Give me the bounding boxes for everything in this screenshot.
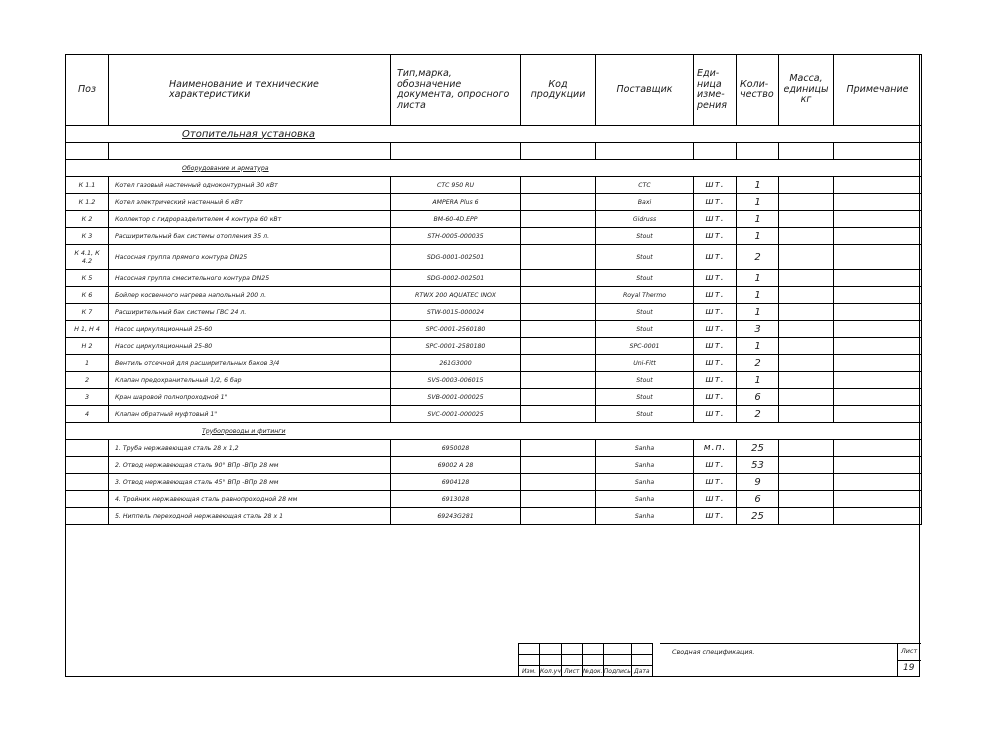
name-cell: Коллектор с гидроразделителем 4 контура … <box>109 211 391 228</box>
name-cell: Клапан обратный муфтовый 1" <box>109 406 391 423</box>
sheet-number-cell: Лист 19 <box>897 643 921 677</box>
supplier-cell: Sanha <box>596 491 694 508</box>
supplier-cell: Stout <box>596 372 694 389</box>
qty-cell: 2 <box>737 355 779 372</box>
name-cell: Насосная группа прямого контура DN25 <box>109 245 391 270</box>
type-cell: 261G3000 <box>391 355 521 372</box>
header-pos: Поз <box>66 55 109 126</box>
type-cell: STH-0005-000035 <box>391 228 521 245</box>
note-cell <box>834 177 922 194</box>
mass-cell <box>779 194 834 211</box>
mass-cell <box>779 338 834 355</box>
note-cell <box>834 321 922 338</box>
supplier-cell: SPC-0001 <box>596 338 694 355</box>
type-cell: 6904128 <box>391 474 521 491</box>
pos-cell <box>66 491 109 508</box>
supplier-cell: Baxi <box>596 194 694 211</box>
type-cell: SVS-0003-006015 <box>391 372 521 389</box>
code-cell <box>521 228 596 245</box>
code-cell <box>521 287 596 304</box>
type-cell: 6913028 <box>391 491 521 508</box>
qty-cell: 1 <box>737 304 779 321</box>
qty-cell: 1 <box>737 372 779 389</box>
header-row: Поз Наименование и технические характери… <box>66 55 922 126</box>
pos-cell: К 5 <box>66 270 109 287</box>
name-cell: Бойлер косвенного нагрева напольный 200 … <box>109 287 391 304</box>
note-cell <box>834 245 922 270</box>
unit-cell: шт. <box>694 321 737 338</box>
table-row: 2. Отвод нержавеющая сталь 90° ВПр -ВПр … <box>66 457 922 474</box>
table-row: Н 1, Н 4Насос циркуляционный 25-60SPC-00… <box>66 321 922 338</box>
mass-cell <box>779 457 834 474</box>
name-cell: Вентиль отсечной для расширительных бако… <box>109 355 391 372</box>
unit-cell: шт. <box>694 338 737 355</box>
section-title: Отопительная установка <box>182 129 315 140</box>
group-equipment-heading: Оборудование и арматура <box>66 160 922 177</box>
header-type: Тип,марка, обозначение документа, опросн… <box>391 55 521 126</box>
unit-cell: шт. <box>694 457 737 474</box>
supplier-cell: Stout <box>596 228 694 245</box>
title-block-description: Сводная спецификация. <box>660 643 897 677</box>
type-cell: BM-60-4D.EPP <box>391 211 521 228</box>
mass-cell <box>779 474 834 491</box>
qty-cell: 2 <box>737 245 779 270</box>
note-cell <box>834 372 922 389</box>
table-row: 1Вентиль отсечной для расширительных бак… <box>66 355 922 372</box>
name-cell: 2. Отвод нержавеющая сталь 90° ВПр -ВПр … <box>109 457 391 474</box>
supplier-cell: Stout <box>596 270 694 287</box>
unit-cell: шт. <box>694 270 737 287</box>
note-cell <box>834 491 922 508</box>
code-cell <box>521 406 596 423</box>
name-cell: 1. Труба нержавеющая сталь 28 x 1,2 <box>109 440 391 457</box>
mass-cell <box>779 304 834 321</box>
qty-cell: 1 <box>737 338 779 355</box>
code-cell <box>521 270 596 287</box>
pos-cell: К 7 <box>66 304 109 321</box>
supplier-cell: Uni-Fitt <box>596 355 694 372</box>
pos-cell: К 2 <box>66 211 109 228</box>
code-cell <box>521 338 596 355</box>
code-cell <box>521 177 596 194</box>
code-cell <box>521 194 596 211</box>
pos-cell: 2 <box>66 372 109 389</box>
title-block-grid: Изм.Кол.учЛист№док.ПодписьДата <box>518 643 653 677</box>
table-row: К 6Бойлер косвенного нагрева напольный 2… <box>66 287 922 304</box>
mass-cell <box>779 228 834 245</box>
title-block-column-label: Изм. <box>519 666 540 677</box>
table-row: 1. Труба нержавеющая сталь 28 x 1,269500… <box>66 440 922 457</box>
supplier-cell: Gidruss <box>596 211 694 228</box>
unit-cell: шт. <box>694 194 737 211</box>
unit-cell: шт. <box>694 211 737 228</box>
pos-cell: К 1.2 <box>66 194 109 211</box>
table-row: 2Клапан предохранительный 1/2, 6 барSVS-… <box>66 372 922 389</box>
unit-cell: шт. <box>694 177 737 194</box>
title-block-column-label: Подпись <box>603 666 631 677</box>
code-cell <box>521 389 596 406</box>
table-row: К 3Расширительный бак системы отопления … <box>66 228 922 245</box>
table-row: К 5Насосная группа смесительного контура… <box>66 270 922 287</box>
unit-cell: шт. <box>694 245 737 270</box>
type-cell: RTWX 200 AQUATEC INOX <box>391 287 521 304</box>
type-cell: SVB-0001-000025 <box>391 389 521 406</box>
qty-cell: 1 <box>737 177 779 194</box>
type-cell: 69243G281 <box>391 508 521 525</box>
unit-cell: шт. <box>694 491 737 508</box>
type-cell: STW-0015-000024 <box>391 304 521 321</box>
type-cell: AMPERA Plus 6 <box>391 194 521 211</box>
unit-cell: шт. <box>694 228 737 245</box>
name-cell: Насос циркуляционный 25-60 <box>109 321 391 338</box>
supplier-cell: Stout <box>596 321 694 338</box>
group-title: Оборудование и арматура <box>182 165 269 172</box>
unit-cell: шт. <box>694 389 737 406</box>
note-cell <box>834 211 922 228</box>
unit-cell: шт. <box>694 287 737 304</box>
mass-cell <box>779 321 834 338</box>
pos-cell: К 3 <box>66 228 109 245</box>
table-row: К 7Расширительный бак системы ГВС 24 л.S… <box>66 304 922 321</box>
qty-cell: 25 <box>737 508 779 525</box>
name-cell: Котел электрический настенный 6 кВт <box>109 194 391 211</box>
qty-cell: 1 <box>737 270 779 287</box>
note-cell <box>834 270 922 287</box>
unit-cell: шт. <box>694 304 737 321</box>
pos-cell: Н 2 <box>66 338 109 355</box>
supplier-cell: Sanha <box>596 440 694 457</box>
mass-cell <box>779 211 834 228</box>
type-cell: 69002 A 28 <box>391 457 521 474</box>
note-cell <box>834 508 922 525</box>
supplier-cell: Royal Thermo <box>596 287 694 304</box>
table-row: 3. Отвод нержавеющая сталь 45° ВПр -ВПр … <box>66 474 922 491</box>
qty-cell: 1 <box>737 228 779 245</box>
type-cell: 6950028 <box>391 440 521 457</box>
mass-cell <box>779 406 834 423</box>
type-cell: SPC-0001-2580180 <box>391 338 521 355</box>
header-note: Примечание <box>834 55 922 126</box>
type-cell: SVC-0001-000025 <box>391 406 521 423</box>
note-cell <box>834 406 922 423</box>
code-cell <box>521 508 596 525</box>
table-row: 5. Ниппель переходной нержавеющая сталь … <box>66 508 922 525</box>
table-row: 4. Тройник нержавеющая сталь равнопроход… <box>66 491 922 508</box>
unit-cell: м.п. <box>694 440 737 457</box>
qty-cell: 53 <box>737 457 779 474</box>
mass-cell <box>779 177 834 194</box>
unit-cell: шт. <box>694 355 737 372</box>
mass-cell <box>779 245 834 270</box>
table-row: Н 2Насос циркуляционный 25-80SPC-0001-25… <box>66 338 922 355</box>
code-cell <box>521 211 596 228</box>
pos-cell <box>66 457 109 474</box>
supplier-cell: CTC <box>596 177 694 194</box>
name-cell: Расширительный бак системы ГВС 24 л. <box>109 304 391 321</box>
qty-cell: 6 <box>737 491 779 508</box>
mass-cell <box>779 508 834 525</box>
note-cell <box>834 474 922 491</box>
unit-cell: шт. <box>694 372 737 389</box>
mass-cell <box>779 440 834 457</box>
header-code: Код продукции <box>521 55 596 126</box>
section-heating-unit: Отопительная установка <box>66 126 922 143</box>
mass-cell <box>779 355 834 372</box>
supplier-cell: Stout <box>596 406 694 423</box>
note-cell <box>834 440 922 457</box>
qty-cell: 2 <box>737 406 779 423</box>
pos-cell <box>66 474 109 491</box>
pos-cell: К 6 <box>66 287 109 304</box>
title-block-column-label: Кол.уч <box>540 666 562 677</box>
table-row: 3Кран шаровой полнопроходной 1"SVB-0001-… <box>66 389 922 406</box>
unit-cell: шт. <box>694 508 737 525</box>
qty-cell: 25 <box>737 440 779 457</box>
table-row: К 4.1, К 4.2Насосная группа прямого конт… <box>66 245 922 270</box>
code-cell <box>521 355 596 372</box>
unit-cell: шт. <box>694 474 737 491</box>
code-cell <box>521 474 596 491</box>
code-cell <box>521 440 596 457</box>
unit-cell: шт. <box>694 406 737 423</box>
note-cell <box>834 457 922 474</box>
qty-cell: 1 <box>737 194 779 211</box>
pos-cell: 3 <box>66 389 109 406</box>
title-block-column-label: Лист <box>561 666 582 677</box>
document-title: Сводная спецификация. <box>672 648 754 656</box>
pos-cell: 4 <box>66 406 109 423</box>
sheet-number: 19 <box>903 663 914 673</box>
supplier-cell: Stout <box>596 245 694 270</box>
name-cell: Кран шаровой полнопроходной 1" <box>109 389 391 406</box>
type-cell: SDG-0001-002501 <box>391 245 521 270</box>
title-block-column-label: Дата <box>631 666 652 677</box>
name-cell: 5. Ниппель переходной нержавеющая сталь … <box>109 508 391 525</box>
note-cell <box>834 194 922 211</box>
pos-cell: К 1.1 <box>66 177 109 194</box>
name-cell: 4. Тройник нержавеющая сталь равнопроход… <box>109 491 391 508</box>
qty-cell: 3 <box>737 321 779 338</box>
supplier-cell: Sanha <box>596 474 694 491</box>
header-unit: Еди- ница изме- рения <box>694 55 737 126</box>
code-cell <box>521 245 596 270</box>
code-cell <box>521 457 596 474</box>
qty-cell: 1 <box>737 287 779 304</box>
mass-cell <box>779 287 834 304</box>
table-row: 4Клапан обратный муфтовый 1"SVC-0001-000… <box>66 406 922 423</box>
table-row: К 1.1Котел газовый настенный одноконтурн… <box>66 177 922 194</box>
name-cell: Клапан предохранительный 1/2, 6 бар <box>109 372 391 389</box>
header-name: Наименование и технические характеристик… <box>109 55 391 126</box>
type-cell: CTC 950 RU <box>391 177 521 194</box>
name-cell: 3. Отвод нержавеющая сталь 45° ВПр -ВПр … <box>109 474 391 491</box>
supplier-cell: Stout <box>596 389 694 406</box>
note-cell <box>834 228 922 245</box>
pos-cell <box>66 508 109 525</box>
note-cell <box>834 338 922 355</box>
pos-cell: К 4.1, К 4.2 <box>66 245 109 270</box>
table-row: К 2Коллектор с гидроразделителем 4 конту… <box>66 211 922 228</box>
group-title: Трубопроводы и фитинги <box>202 428 286 435</box>
blank-row <box>66 143 922 160</box>
mass-cell <box>779 372 834 389</box>
note-cell <box>834 304 922 321</box>
specification-table: Поз Наименование и технические характери… <box>65 54 922 525</box>
pos-cell: Н 1, Н 4 <box>66 321 109 338</box>
supplier-cell: Sanha <box>596 508 694 525</box>
type-cell: SDG-0002-002501 <box>391 270 521 287</box>
header-supplier: Поставщик <box>596 55 694 126</box>
title-block-column-label: №док. <box>582 666 603 677</box>
name-cell: Насосная группа смесительного контура DN… <box>109 270 391 287</box>
code-cell <box>521 491 596 508</box>
name-cell: Насос циркуляционный 25-80 <box>109 338 391 355</box>
name-cell: Котел газовый настенный одноконтурный 30… <box>109 177 391 194</box>
code-cell <box>521 304 596 321</box>
note-cell <box>834 389 922 406</box>
qty-cell: 9 <box>737 474 779 491</box>
qty-cell: 6 <box>737 389 779 406</box>
name-cell: Расширительный бак системы отопления 35 … <box>109 228 391 245</box>
pos-cell: 1 <box>66 355 109 372</box>
code-cell <box>521 321 596 338</box>
supplier-cell: Stout <box>596 304 694 321</box>
sheet-label: Лист <box>901 647 917 655</box>
group-piping-heading: Трубопроводы и фитинги <box>66 423 922 440</box>
header-qty: Коли- чество <box>737 55 779 126</box>
pos-cell <box>66 440 109 457</box>
qty-cell: 1 <box>737 211 779 228</box>
mass-cell <box>779 491 834 508</box>
mass-cell <box>779 270 834 287</box>
header-mass: Масса, единицы кг <box>779 55 834 126</box>
type-cell: SPC-0001-2560180 <box>391 321 521 338</box>
table-row: К 1.2Котел электрический настенный 6 кВт… <box>66 194 922 211</box>
mass-cell <box>779 389 834 406</box>
code-cell <box>521 372 596 389</box>
note-cell <box>834 287 922 304</box>
supplier-cell: Sanha <box>596 457 694 474</box>
note-cell <box>834 355 922 372</box>
